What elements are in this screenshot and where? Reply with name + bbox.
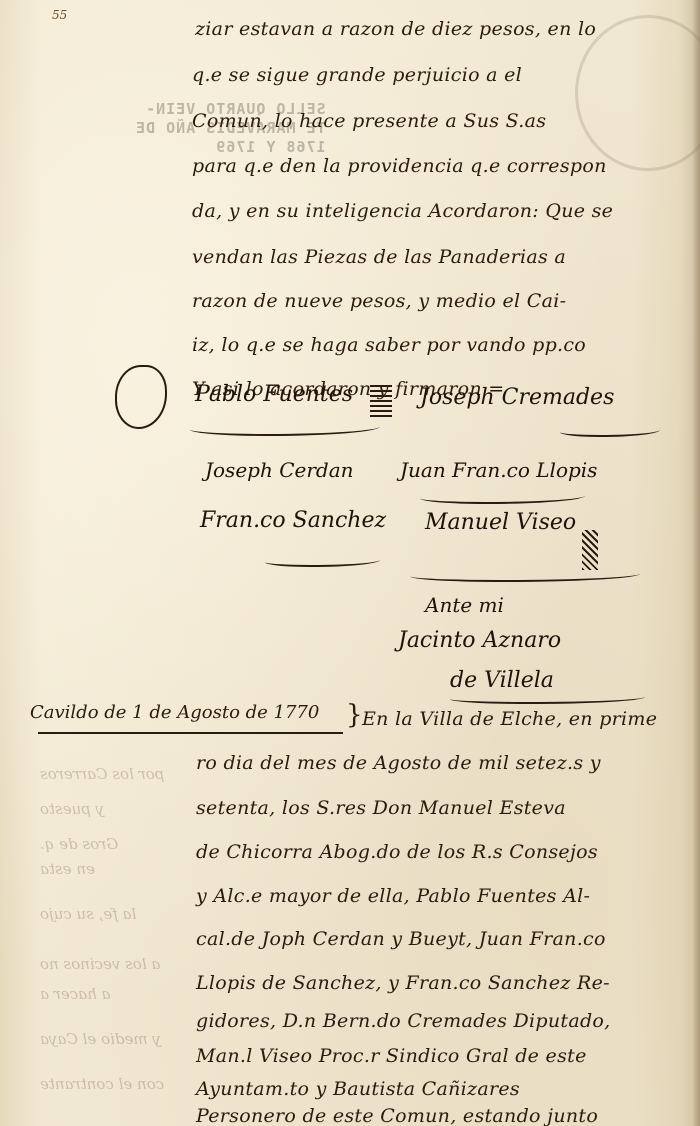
- bleed-line: y medio el Caya: [40, 1030, 161, 1048]
- margin-underline: [38, 732, 343, 734]
- text-line: de Chicorra Abog.do de los R.s Consejos: [196, 841, 598, 863]
- text-line: razon de nueve pesos, y medio el Cai-: [192, 290, 566, 312]
- bleed-line: con el contrante: [40, 1075, 164, 1093]
- notary-name: Jacinto Aznaro: [398, 628, 561, 653]
- rubric-hatch-icon: [370, 385, 392, 417]
- text-line: iz, lo q.e se haga saber por vando pp.co: [192, 334, 586, 356]
- bleed-line: a los vecinos no: [40, 955, 160, 973]
- text-line: para q.e den la providencia q.e correspo…: [192, 155, 607, 177]
- text-line: setenta, los S.res Don Manuel Esteva: [196, 797, 566, 819]
- notary-prefix: Ante mi: [425, 593, 504, 617]
- bleed-line: y puesto: [40, 800, 104, 818]
- signature: Pablo Fuentes: [195, 382, 353, 407]
- bleed-line: la fe, su cujo: [40, 905, 136, 923]
- text-line: ziar estavan a razon de diez pesos, en l…: [195, 18, 596, 40]
- signature: Manuel Viseo: [425, 510, 576, 535]
- text-line: Personero de este Comun, estando junto: [196, 1105, 598, 1126]
- text-line: vendan las Piezas de las Panaderias a: [192, 246, 566, 268]
- notary-flourish: [450, 692, 645, 704]
- rubric-flourish-icon: [115, 365, 167, 429]
- signature-flourish: [420, 490, 585, 504]
- bleed-line: en esta: [40, 860, 95, 878]
- signature: Joseph Cerdan: [205, 458, 354, 482]
- text-line: Comun, lo hace presente a Sus S.as: [192, 110, 546, 132]
- text-line: q.e se sigue grande perjuicio a el: [192, 64, 522, 86]
- manuscript-page: SELLO QUARTO VEIN- TE MARAVEDIS AÑO DE 1…: [0, 0, 700, 1126]
- text-line: Man.l Viseo Proc.r Sindico Gral de este: [196, 1045, 587, 1067]
- bleed-line: Gros de q.: [40, 835, 118, 853]
- text-line: Llopis de Sanchez, y Fran.co Sanchez Re-: [196, 972, 610, 994]
- signature-flourish: [190, 420, 380, 436]
- bleed-line: por los Carreros: [40, 765, 164, 783]
- margin-heading: Cavildo de 1 de Agosto de 1770: [30, 702, 319, 723]
- signature: Joseph Cremades: [420, 385, 614, 410]
- signature: Juan Fran.co Llopis: [400, 458, 597, 482]
- brace-icon: }: [346, 700, 363, 730]
- text-line: y Alc.e mayor de ella, Pablo Fuentes Al-: [196, 885, 590, 907]
- notary-name-cont: de Villela: [450, 668, 554, 693]
- text-line: ro dia del mes de Agosto de mil setez.s …: [196, 752, 601, 774]
- text-line: Ayuntam.to y Bautista Cañizares: [196, 1078, 520, 1100]
- text-line: da, y en su inteligencia Acordaron: Que …: [192, 200, 613, 222]
- text-line: En la Villa de Elche, en prime: [362, 708, 657, 730]
- rubric-knot-icon: [582, 530, 598, 570]
- folio-number: 55: [52, 8, 67, 22]
- signature-flourish: [265, 555, 380, 567]
- signature-flourish: [410, 568, 640, 582]
- bleed-line: a hacer a: [40, 985, 110, 1003]
- signature-flourish: [560, 425, 660, 437]
- text-line: cal.de Joph Cerdan y Bueyt, Juan Fran.co: [196, 928, 606, 950]
- signature: Fran.co Sanchez: [200, 508, 386, 533]
- text-line: gidores, D.n Bern.do Cremades Diputado,: [196, 1010, 611, 1032]
